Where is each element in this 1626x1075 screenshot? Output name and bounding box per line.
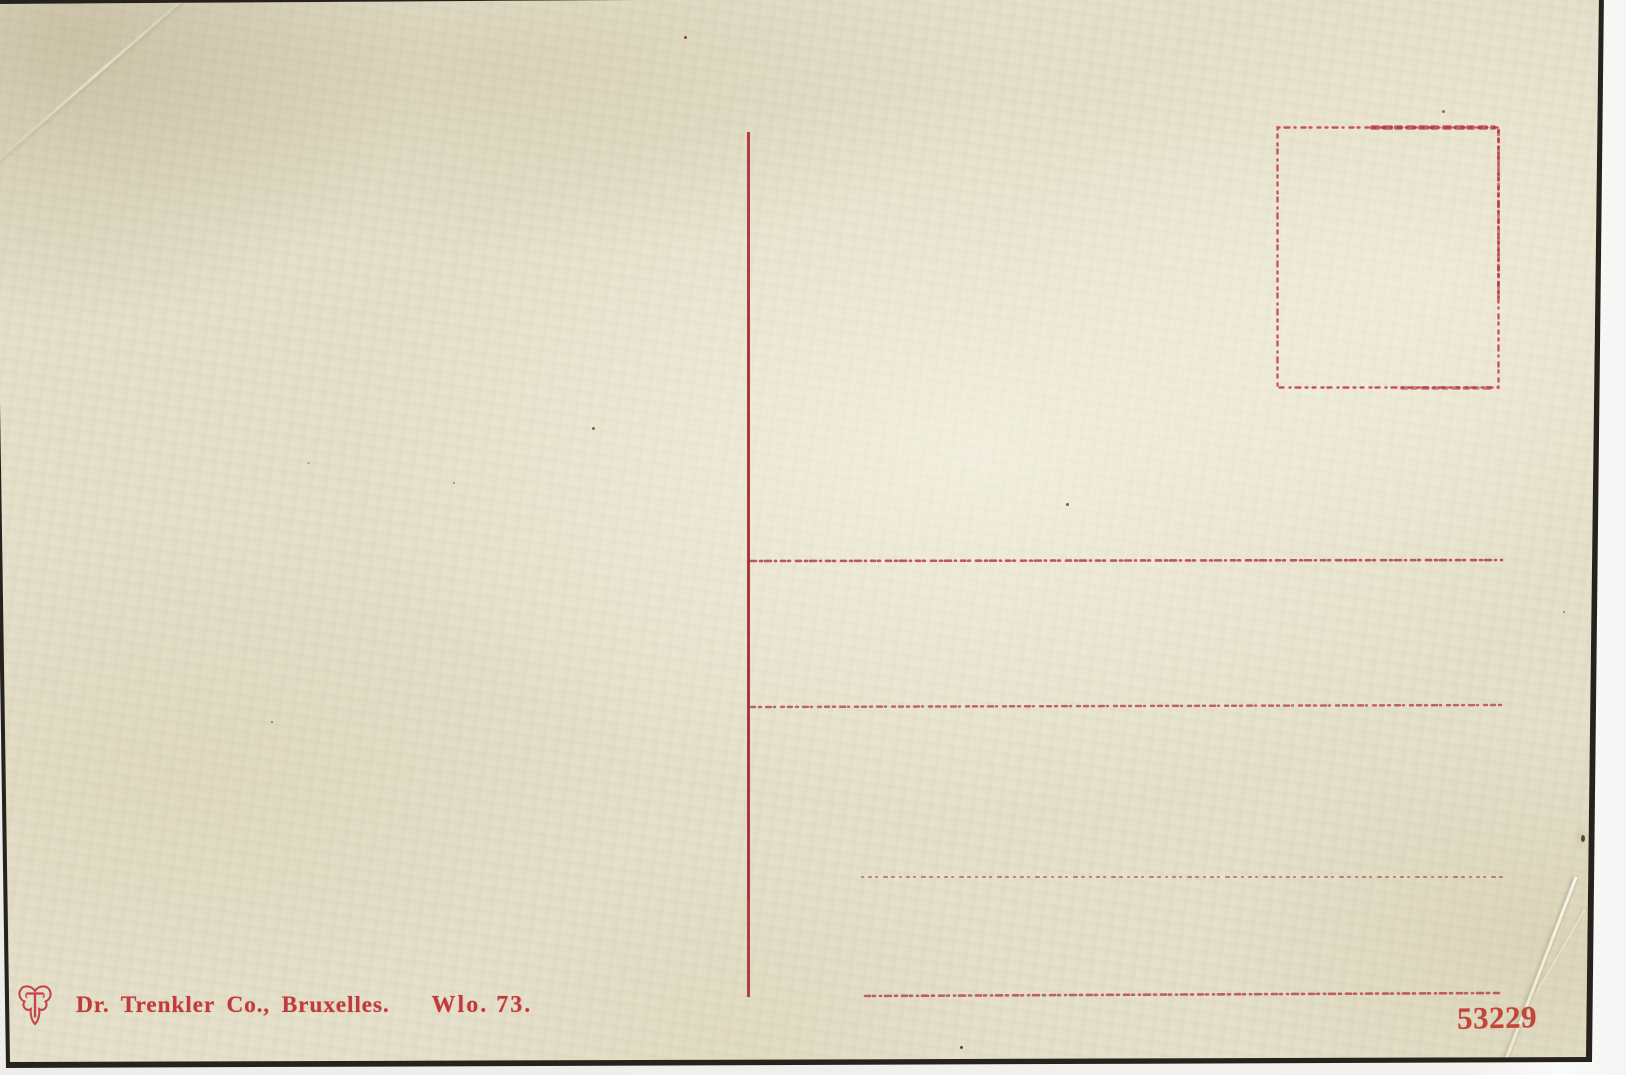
trenkler-monogram-icon <box>16 983 54 1027</box>
ink-print-layer <box>0 0 1626 1075</box>
address-line-4 <box>865 993 1500 996</box>
paper-speck <box>453 482 455 484</box>
crease <box>0 0 207 164</box>
scan-background: Dr. Trenkler Co., Bruxelles. Wlo. 73. 53… <box>0 0 1626 1075</box>
paper-speck <box>592 427 595 430</box>
stamp-box <box>1278 128 1499 389</box>
paper-speck <box>271 721 273 723</box>
publisher-credit: Dr. Trenkler Co., Bruxelles. <box>76 992 390 1019</box>
publisher-block: Dr. Trenkler Co., Bruxelles. Wlo. 73. <box>16 982 532 1028</box>
paper-speck <box>684 36 687 39</box>
paper-speck <box>1442 110 1445 113</box>
address-line-1 <box>751 560 1502 561</box>
serial-number: 53229 <box>1457 999 1538 1037</box>
paper-speck <box>1581 835 1585 842</box>
series-code: Wlo. 73. <box>432 992 533 1019</box>
address-line-2 <box>751 705 1503 707</box>
paper-speck <box>1066 503 1069 506</box>
paper-speck <box>307 462 310 464</box>
crease <box>1501 876 1577 1068</box>
paper-speck <box>960 1046 963 1049</box>
paper-speck <box>1563 611 1565 613</box>
postcard-paper: Dr. Trenkler Co., Bruxelles. Wlo. 73. 53… <box>0 0 1626 1075</box>
crease <box>1536 909 1585 992</box>
